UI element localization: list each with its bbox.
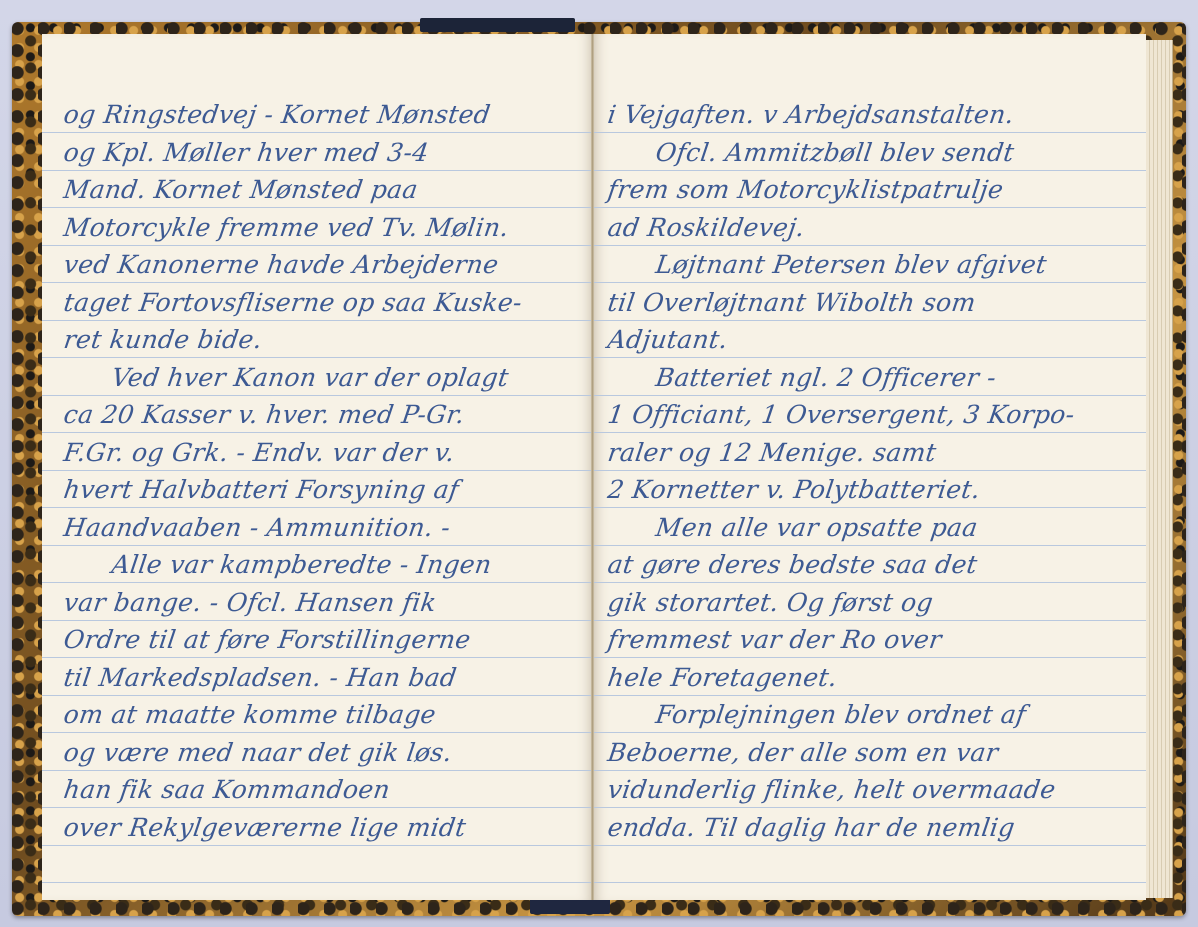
rule-line — [594, 470, 1146, 471]
rule-line — [594, 170, 1146, 171]
rule-line — [42, 695, 592, 696]
rule-line — [594, 770, 1146, 771]
rule-line — [42, 882, 592, 883]
rule-line — [42, 807, 592, 808]
text-line: til Markedspladsen. - Han bad — [62, 663, 459, 692]
text-line: Men alle var opsatte paa — [606, 513, 980, 542]
text-line: om at maatte komme tilbage — [62, 700, 438, 729]
rule-line — [42, 845, 592, 846]
text-line: ad Roskildevej. — [606, 213, 807, 242]
rule-line — [594, 357, 1146, 358]
rule-line — [594, 657, 1146, 658]
rule-line — [42, 545, 592, 546]
rule-line — [594, 620, 1146, 621]
rule-line — [594, 845, 1146, 846]
rule-line — [42, 432, 592, 433]
rule-line — [42, 170, 592, 171]
rule-line — [594, 282, 1146, 283]
rule-line — [594, 807, 1146, 808]
rule-line — [42, 620, 592, 621]
rule-line — [42, 207, 592, 208]
rule-line — [42, 357, 592, 358]
text-line: ret kunde bide. — [62, 325, 264, 354]
text-line: over Rekylgeværerne lige midt — [62, 813, 468, 842]
text-line: og Kpl. Møller hver med 3-4 — [62, 138, 431, 167]
text-line: hele Foretagenet. — [606, 663, 839, 692]
text-line: Løjtnant Petersen blev afgivet — [606, 250, 1049, 279]
rule-line — [42, 582, 592, 583]
rule-line — [42, 320, 592, 321]
rule-line — [594, 695, 1146, 696]
rule-line — [42, 395, 592, 396]
text-line: raler og 12 Menige. samt — [606, 438, 938, 467]
text-line: vidunderlig flinke, helt overmaade — [606, 775, 1058, 804]
text-line: Ordre til at føre Forstillingerne — [62, 625, 473, 654]
rule-line — [594, 245, 1146, 246]
book-spine-bottom — [530, 898, 610, 914]
text-line: Forplejningen blev ordnet af — [606, 700, 1028, 729]
text-line: taget Fortovsfliserne op saa Kuske- — [62, 288, 524, 317]
rule-line — [594, 395, 1146, 396]
text-line: F.Gr. og Grk. - Endv. var der v. — [62, 438, 457, 467]
text-line: var bange. - Ofcl. Hansen fik — [62, 588, 438, 617]
text-line: fremmest var der Ro over — [606, 625, 944, 654]
rule-line — [42, 132, 592, 133]
text-line: han fik saa Kommandoen — [62, 775, 392, 804]
rule-line — [594, 132, 1146, 133]
text-line: Beboerne, der alle som en var — [606, 738, 1000, 767]
text-line: at gøre deres bedste saa det — [606, 550, 979, 579]
text-line: Adjutant. — [606, 325, 730, 354]
rule-line — [42, 507, 592, 508]
right-page: i Vejgaften. v Arbejdsanstalten. Ofcl. A… — [594, 34, 1146, 900]
rule-line — [594, 582, 1146, 583]
text-line: og være med naar det gik løs. — [62, 738, 454, 767]
text-line: Mand. Kornet Mønsted paa — [62, 175, 420, 204]
text-line: 2 Kornetter v. Polytbatteriet. — [606, 475, 982, 504]
rule-line — [594, 432, 1146, 433]
text-line: Ofcl. Ammitzbøll blev sendt — [606, 138, 1016, 167]
rule-line — [42, 282, 592, 283]
text-line: hvert Halvbatteri Forsyning af — [62, 475, 461, 504]
rule-line — [42, 245, 592, 246]
text-line: Batteriet ngl. 2 Officerer - — [606, 363, 998, 392]
rule-line — [594, 882, 1146, 883]
text-line: 1 Officiant, 1 Oversergent, 3 Korpo- — [606, 400, 1077, 429]
book-spine-top — [420, 18, 575, 32]
text-line: frem som Motorcyklistpatrulje — [606, 175, 1005, 204]
text-line: og Ringstedvej - Kornet Mønsted — [62, 100, 492, 129]
rule-line — [594, 207, 1146, 208]
rule-line — [42, 470, 592, 471]
rule-line — [594, 507, 1146, 508]
text-line: ca 20 Kasser v. hver. med P-Gr. — [62, 400, 467, 429]
rule-line — [42, 657, 592, 658]
text-line: ved Kanonerne havde Arbejderne — [62, 250, 500, 279]
text-line: Motorcykle fremme ved Tv. Mølin. — [62, 213, 511, 242]
rule-line — [42, 770, 592, 771]
rule-line — [594, 732, 1146, 733]
text-line: Alle var kampberedte - Ingen — [62, 550, 494, 579]
text-line: i Vejgaften. v Arbejdsanstalten. — [606, 100, 1016, 129]
text-line: gik storartet. Og først og — [606, 588, 935, 617]
rule-line — [594, 320, 1146, 321]
text-line: Ved hver Kanon var der oplagt — [62, 363, 511, 392]
page-edges — [1146, 40, 1173, 898]
text-line: Haandvaaben - Ammunition. - — [62, 513, 452, 542]
text-line: til Overløjtnant Wibolth som — [606, 288, 978, 317]
left-page: og Ringstedvej - Kornet Mønsted og Kpl. … — [42, 34, 592, 900]
rule-line — [594, 545, 1146, 546]
rule-line — [42, 732, 592, 733]
text-line: endda. Til daglig har de nemlig — [606, 813, 1017, 842]
